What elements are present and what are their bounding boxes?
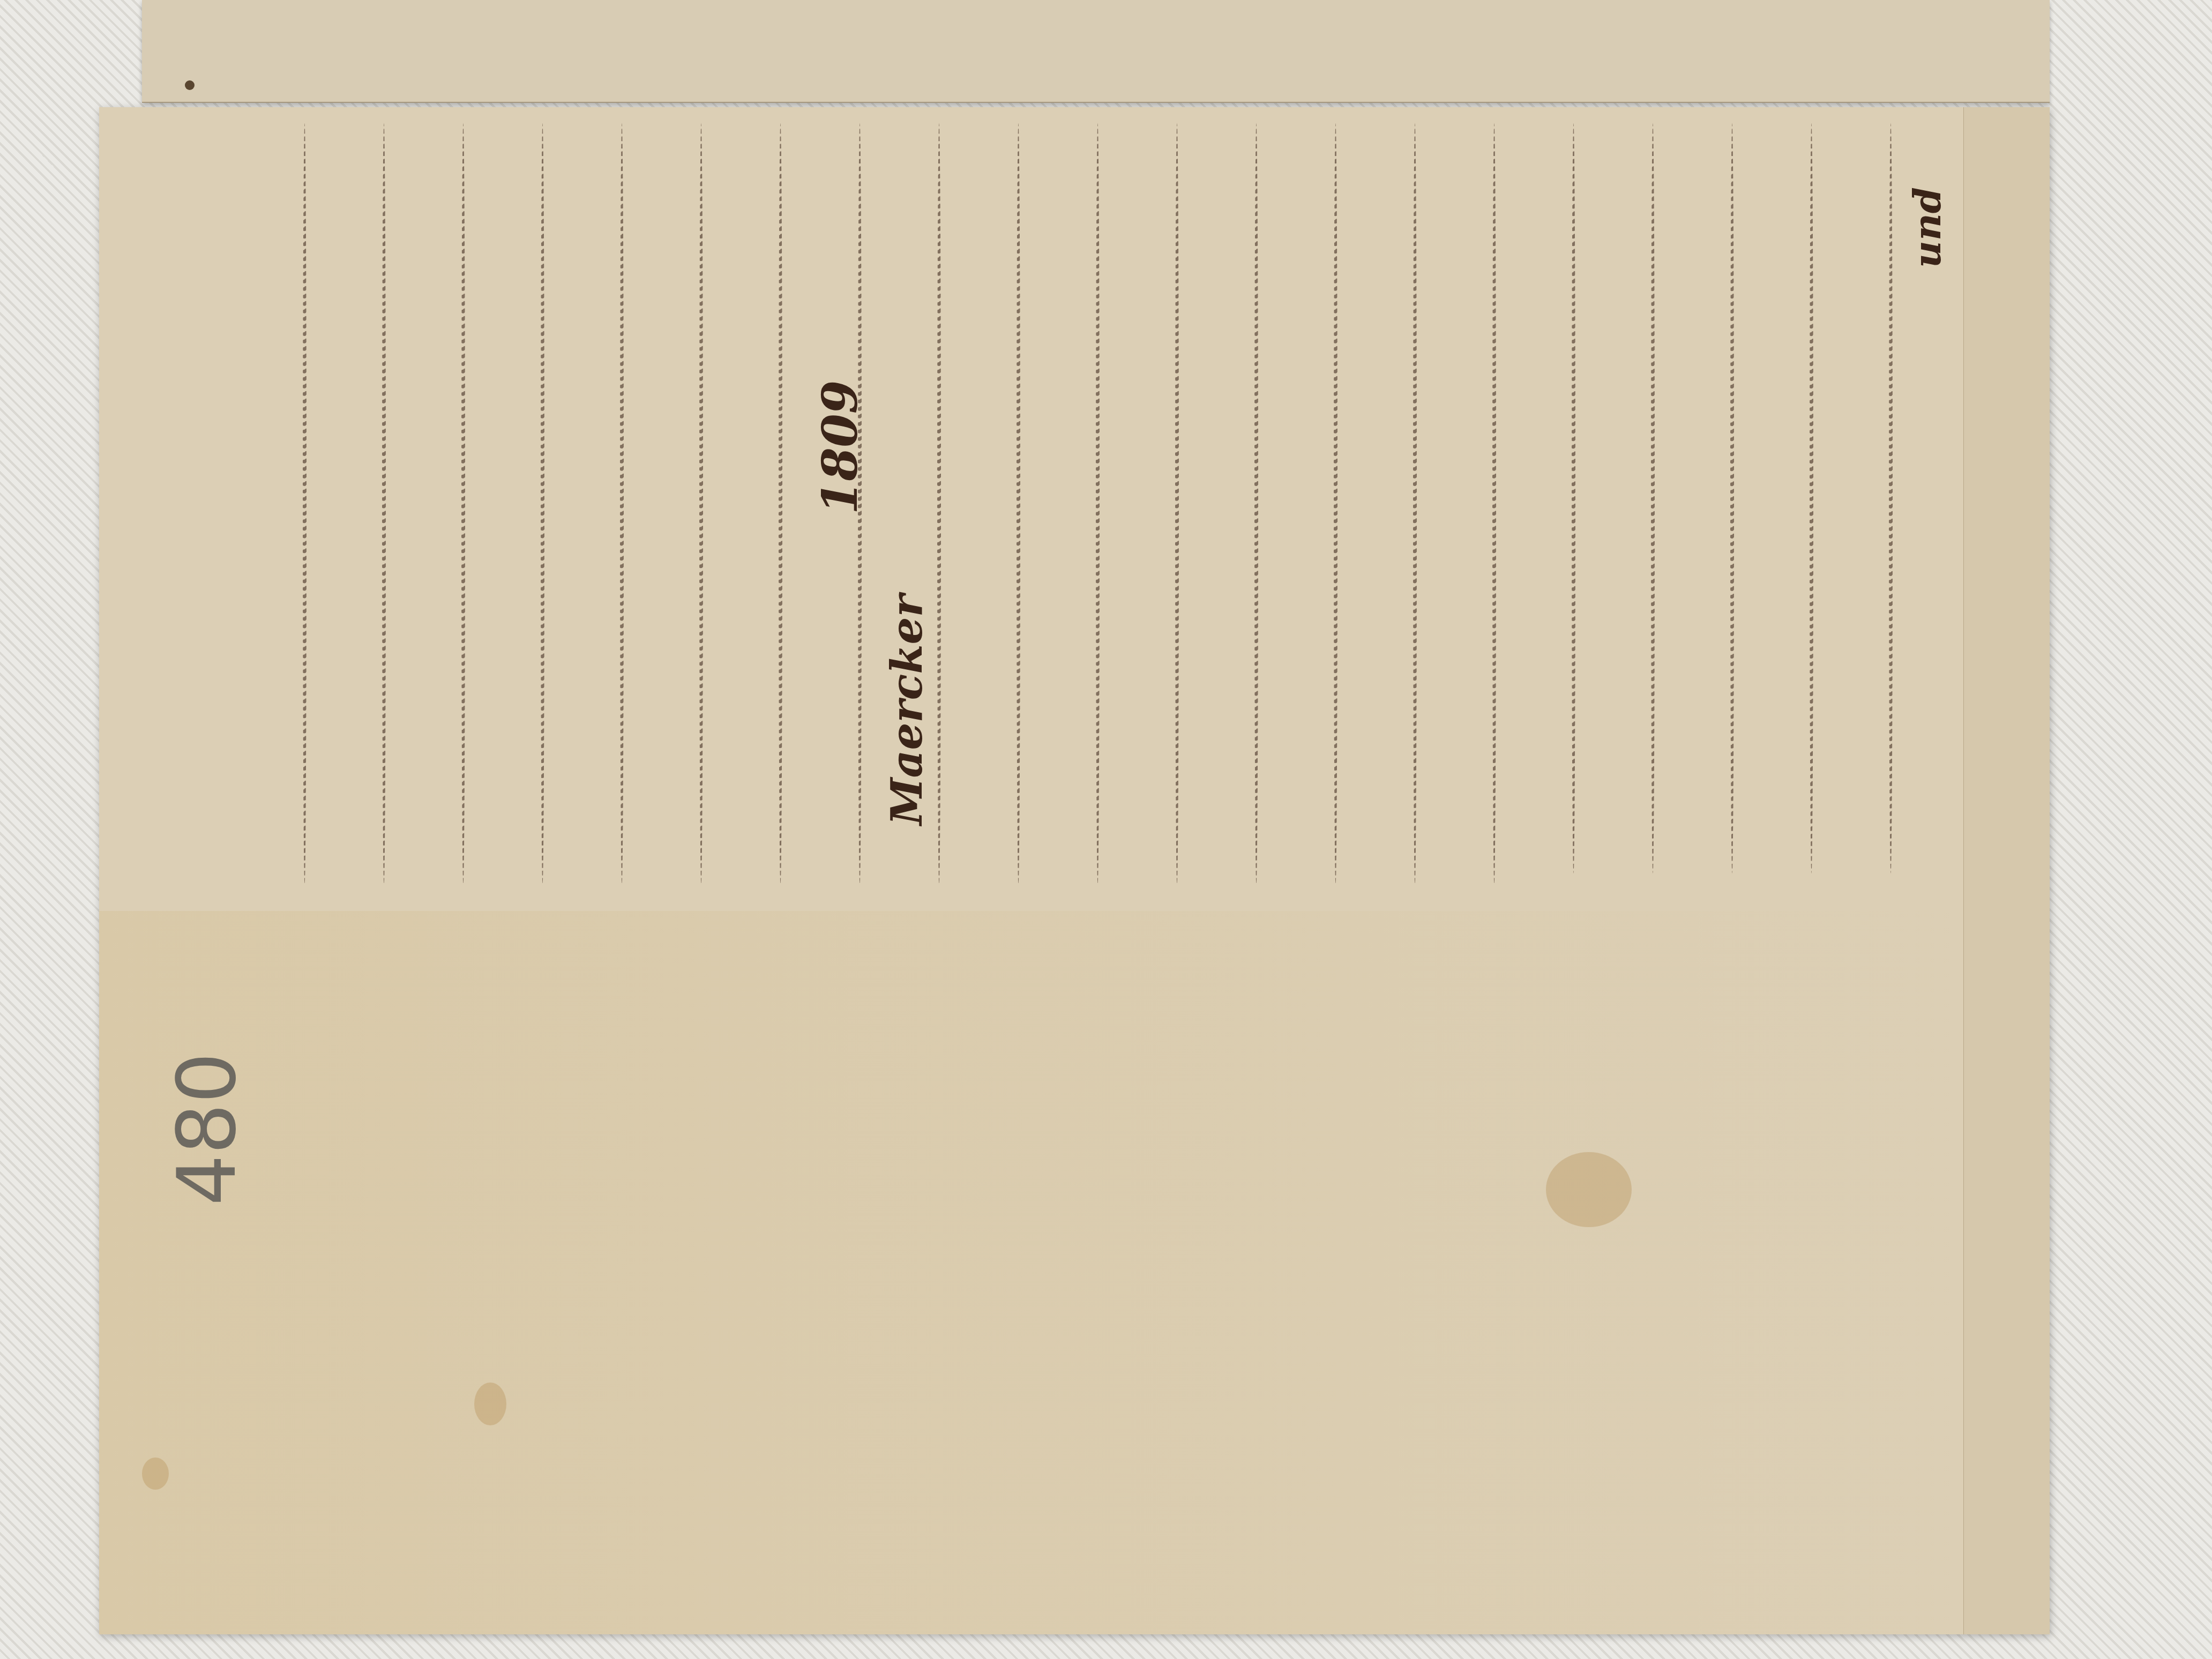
handwriting-line	[1017, 123, 1020, 884]
pencil-folio-number: 480	[161, 1052, 254, 1206]
foxing-stain	[142, 1458, 169, 1490]
foxing-stain	[1546, 1152, 1632, 1227]
handwriting-line	[541, 123, 544, 884]
handwriting-line	[1492, 123, 1496, 884]
handwriting-line	[699, 123, 703, 884]
name-maercker: Maercker	[881, 594, 932, 825]
handwriting-line	[1413, 123, 1417, 884]
handwriting-line	[1651, 123, 1655, 873]
handwritten-text-block	[303, 123, 1964, 911]
manuscript-page: 1809 Maercker und	[99, 107, 2050, 1634]
handwriting-line	[1572, 123, 1575, 873]
punch-hole	[185, 80, 195, 90]
handwriting-line	[779, 123, 782, 884]
page-edge-strip	[1963, 107, 2050, 1634]
blank-page-area	[99, 911, 1964, 1634]
handwriting-line	[1334, 123, 1337, 884]
catchword: und	[1905, 187, 1949, 268]
handwriting-line	[937, 123, 941, 884]
handwriting-line	[1096, 123, 1100, 884]
handwriting-line	[620, 123, 624, 884]
handwriting-line	[1810, 123, 1813, 873]
top-folded-leaf	[142, 0, 2050, 103]
handwriting-line	[1730, 123, 1734, 873]
handwriting-line	[1889, 123, 1893, 873]
handwriting-line	[461, 123, 465, 884]
handwriting-line	[1254, 123, 1258, 884]
handwriting-line	[1175, 123, 1179, 884]
foxing-stain	[474, 1382, 506, 1425]
year-1809: 1809	[812, 380, 869, 515]
handwriting-line	[382, 123, 386, 884]
handwriting-line	[303, 123, 307, 884]
